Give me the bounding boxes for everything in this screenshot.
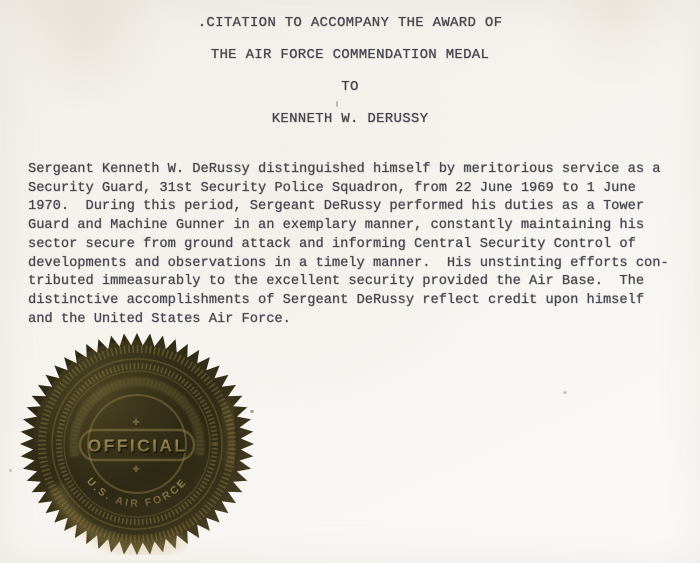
scanned-citation-page: .CITATION TO ACCOMPANY THE AWARD OF THE … — [0, 0, 700, 563]
seal-cross-top-icon: ✚ — [132, 417, 140, 427]
citation-title-block: .CITATION TO ACCOMPANY THE AWARD OF THE … — [0, 7, 700, 135]
scan-speck — [9, 469, 12, 472]
seal-center-text: OFFICIAL — [88, 436, 188, 456]
citation-body-paragraph: Sergeant Kenneth W. DeRussy distinguishe… — [28, 161, 669, 329]
official-embossed-seal: U.S. AIR FORCE OFFICIAL OFFICIAL ✚ ✚ — [18, 332, 256, 558]
scan-speck — [250, 410, 254, 413]
scan-speck — [563, 391, 567, 394]
seal-graphic: U.S. AIR FORCE OFFICIAL OFFICIAL ✚ ✚ — [18, 332, 256, 558]
scan-speck — [336, 101, 338, 107]
seal-cross-bottom-icon: ✚ — [132, 464, 140, 474]
